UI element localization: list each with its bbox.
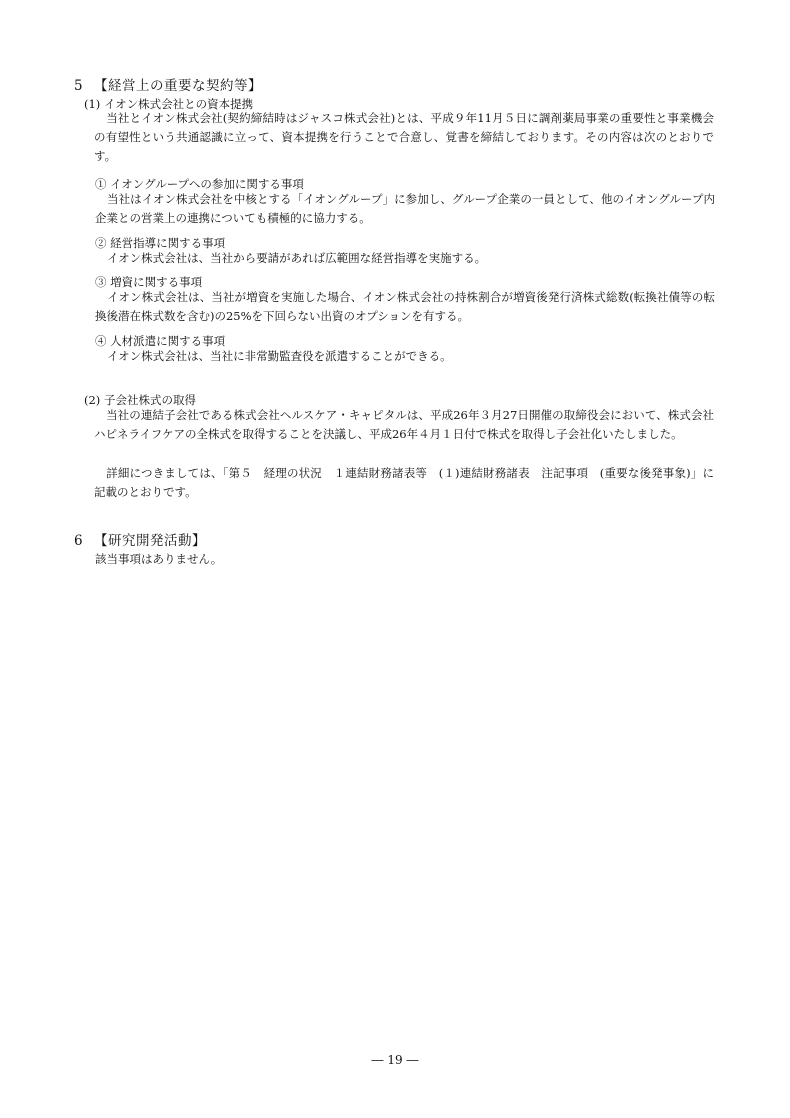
section-title: 【研究開発活動】 — [94, 533, 206, 549]
item-body-2: イオン株式会社は、当社から要請があれば広範囲な経営指導を実施する。 — [95, 249, 715, 268]
paragraph-capital-alliance: 当社とイオン株式会社(契約締結時はジャスコ株式会社)とは、平成９年11月５日に調… — [94, 109, 714, 167]
page-number: ― 19 ― — [0, 1053, 790, 1067]
paragraph-subsidiary-acquisition: 当社の連結子会社である株式会社ヘルスケア・キャピタルは、平成26年３月27日開催… — [94, 406, 714, 444]
paragraph-details-reference: 詳細につきましては、「第５ 経理の状況 １連結財務諸表等 (１)連結財務諸表 注… — [94, 464, 714, 502]
section-number: 5 — [74, 78, 94, 94]
item-body-1: 当社はイオン株式会社を中核とする「イオングループ」に参加し、グループ企業の一員と… — [95, 190, 715, 228]
document-page: 5【経営上の重要な契約等】 (1) イオン株式会社との資本提携 当社とイオン株式… — [0, 0, 790, 1118]
section-heading-6: 6【研究開発活動】 — [74, 529, 206, 549]
section-heading-5: 5【経営上の重要な契約等】 — [74, 74, 262, 94]
section-title: 【経営上の重要な契約等】 — [94, 78, 262, 94]
section-6-body: 該当事項はありません。 — [95, 551, 222, 567]
section-number: 6 — [74, 533, 94, 549]
item-body-4: イオン株式会社は、当社に非常勤監査役を派遣することができる。 — [95, 347, 715, 366]
item-body-3: イオン株式会社は、当社が増資を実施した場合、イオン株式会社の持株割合が増資後発行… — [95, 288, 715, 326]
